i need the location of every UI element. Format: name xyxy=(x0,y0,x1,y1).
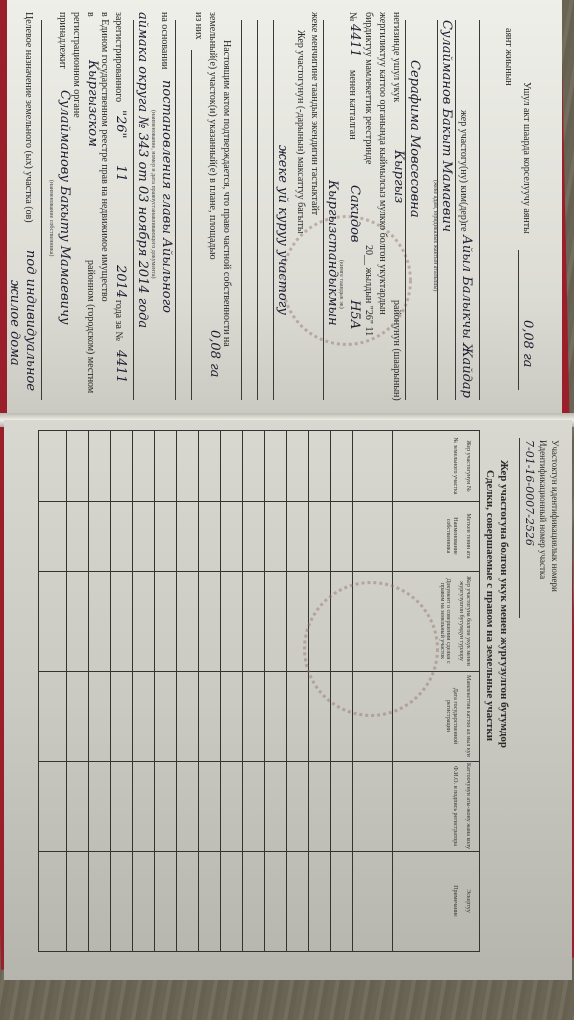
region-value: Кыргыз xyxy=(391,150,406,203)
col-header-note: ЭскертууПримечание xyxy=(451,853,471,949)
area-value-ru: 0,08 га xyxy=(207,330,222,377)
purpose-value-ru-2: жилое дома xyxy=(7,280,22,366)
transactions-table: Жер участогунун №№ земельного участка Ме… xyxy=(38,430,480,952)
registration-organ-label: регистрационном органе xyxy=(71,12,82,118)
purpose-value-ky: жеке уй куруу участогу xyxy=(275,145,290,315)
registered-number: 4411 xyxy=(113,350,128,383)
number-label: № xyxy=(347,12,358,22)
registered-month: 11 xyxy=(113,165,128,182)
area-value: 0,08 га xyxy=(520,320,535,367)
registry-label-2: бирдиктуу мамлекеттик реестринде xyxy=(363,12,374,164)
table-title-ky: Жер участогуна болгон укук менен жургузу… xyxy=(498,460,510,748)
registry-label: жергиликтуу каттоо органында кыймылсыз м… xyxy=(377,12,388,315)
registry-date: 20__ жылдын "26" 11 xyxy=(363,245,374,336)
registrar-code: Н5А xyxy=(347,300,362,329)
id-value: 7-01-16-0007-2526 xyxy=(523,440,536,546)
registry-in-label: в xyxy=(85,12,96,17)
ownership-confirm-label: жеке менчигине таандык экендигин тастыкт… xyxy=(309,12,320,215)
registered-label: зарегистрированного xyxy=(113,12,124,102)
owner-label: жер участогу(ну) ким(дер)ге xyxy=(458,110,469,232)
owner-note-ru: (наименование собственника) xyxy=(48,180,54,256)
purpose-label-ru: Целевое назначение земельного (ых) участ… xyxy=(23,12,34,223)
id-title-ru: Идентификационный номер участка xyxy=(538,440,548,579)
registered-year: 2014 xyxy=(113,265,128,298)
document-spread: Ушул акт шаарда корселуучу аянты 0,08 га… xyxy=(0,0,574,1020)
act-intro-ru: Настоящим актом подтверждается, что прав… xyxy=(221,40,232,347)
col-header-owner: Меткен тенин атаНаименование собственник… xyxy=(445,503,471,569)
purpose-label-ky: Жер участогунун (-дарынын) максаттуу баг… xyxy=(295,30,306,234)
basis-label: негизинде ушул укук xyxy=(391,12,402,102)
basis-value-ru-2: аймака округа № 343 от 03 ноября 2014 го… xyxy=(135,12,150,328)
col-header-registrar: Каттоочунун аты-жону жана колуФ.И.О. и п… xyxy=(451,763,471,849)
number-suffix: менен катталган xyxy=(347,70,358,140)
registration-number: 4411 xyxy=(347,24,362,57)
area-label: Ушул акт шаарда корселуучу аянты xyxy=(521,82,532,234)
act-intro-ru-2: земельный(е) участок(и) указанный(е) в п… xyxy=(207,12,218,260)
id-title-ky: Участоктун идентификациялык номери xyxy=(550,440,560,592)
col-header-plot-number: Жер участогунун №№ земельного участка xyxy=(451,433,471,499)
owner-value-line3: Серафима Мовсесовна xyxy=(407,60,422,218)
region-suffix-ru: районном (городском) местном xyxy=(85,260,96,393)
registered-suffix: года за № xyxy=(113,300,124,341)
owner-value-ru: Сулайманову Бакыту Мамаевичу xyxy=(57,90,72,325)
purpose-value-ru: под индивидуальное xyxy=(23,250,38,391)
owner-value-line2: Сулайманов Бакыт Мамаевич xyxy=(439,20,454,232)
basis-value-ru: постановления главы Айыльного xyxy=(159,80,174,313)
basis-label-ru: на основании xyxy=(159,12,170,69)
basis-note-ru: (наименование, номер и дата правоустанав… xyxy=(150,110,156,279)
table-title-ru: Сделки, совершаемые с правом на земельны… xyxy=(484,470,496,741)
registrar-name: Сакидов xyxy=(347,185,362,242)
act-left-page: Ушул акт шаарда корселуучу аянты 0,08 га… xyxy=(7,0,562,420)
transactions-right-page: Участоктун идентификациялык номери Идент… xyxy=(4,420,572,980)
region-suffix: районунун (шаарынын) xyxy=(391,300,402,401)
col-header-transaction: Жер участогуна болгон укук менен жургузу… xyxy=(438,573,471,669)
registered-day: "26" xyxy=(113,110,128,139)
owner-value-line1: Айыл Балыкчы Жайдар xyxy=(459,235,474,398)
official-seal-stamp-right xyxy=(303,581,439,717)
area-suffix: аянт жиынын xyxy=(503,28,514,86)
belongs-label: принадлежит xyxy=(57,12,68,69)
region-value-ru: Кыргызском xyxy=(85,60,100,147)
registry-text-ru: в Едином государственном реестре прав на… xyxy=(99,12,110,302)
col-header-reg-date: Мамлекеттик каттоо ал ныл кунДата госуда… xyxy=(445,673,471,759)
citizenship-value: Кыргызстандыкмын xyxy=(325,180,340,326)
of-them-label: из них xyxy=(193,12,204,40)
